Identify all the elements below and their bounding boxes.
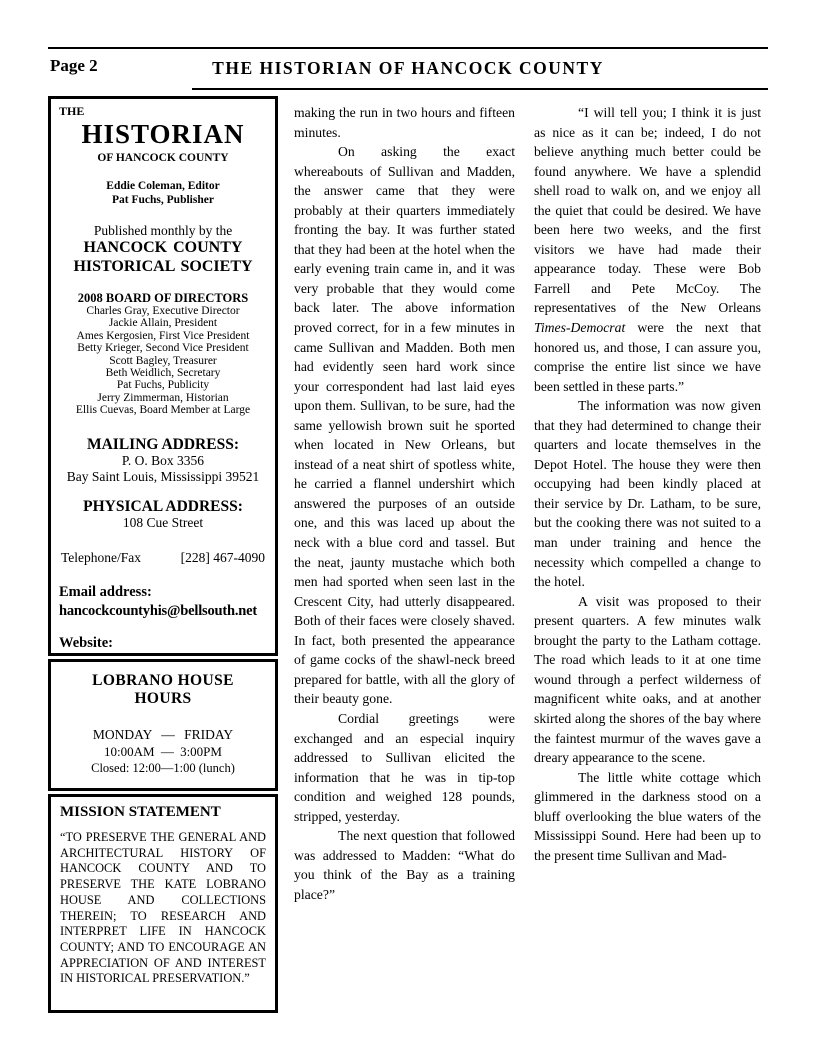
article-paragraph: Cordial greetings were exchanged and an … [294, 709, 515, 826]
article-column-middle: making the run in two hours and fifteen … [294, 103, 515, 904]
publisher-credit: Pat Fuchs, Publisher [59, 193, 267, 207]
masthead-info-box: THE HISTORIAN OF HANCOCK COUNTY Eddie Co… [48, 96, 278, 656]
masthead-historian: HISTORIAN [59, 119, 267, 149]
publication-name-italic: Times-Democrat [534, 320, 625, 335]
article-paragraph: “I will tell you; I think it is just as … [534, 103, 761, 396]
header-bottom-rule [192, 88, 768, 90]
hours-days: MONDAY — FRIDAY [59, 726, 267, 743]
header-top-rule [48, 47, 768, 49]
website-label: Website: [59, 634, 267, 652]
masthead-subtitle: OF HANCOCK COUNTY [59, 152, 267, 165]
hours-title-line1: LOBRANO HOUSE [59, 672, 267, 690]
lobrano-house-hours-box: LOBRANO HOUSE HOURS MONDAY — FRIDAY 10:0… [48, 659, 278, 791]
article-paragraph: The next question that followed was addr… [294, 826, 515, 904]
published-by-line: Published monthly by the [59, 223, 267, 239]
board-member: Jerry Zimmerman, Historian [59, 392, 267, 404]
mission-heading: MISSION STATEMENT [60, 804, 266, 821]
hours-times: 10:00AM — 3:00PM [59, 743, 267, 760]
hours-title-line2: HOURS [59, 690, 267, 708]
physical-address-heading: PHYSICAL ADDRESS: [59, 498, 267, 515]
board-member: Betty Krieger, Second Vice President [59, 342, 267, 354]
org-name-line1: HANCOCK COUNTY [59, 239, 267, 258]
article-paragraph: making the run in two hours and fifteen … [294, 103, 515, 142]
article-column-right: “I will tell you; I think it is just as … [534, 103, 761, 865]
telephone-fax-row: Telephone/Fax [228] 467-4090 [59, 550, 267, 566]
mission-text: “TO PRESERVE THE GENERAL AND ARCHITECTUR… [60, 830, 266, 987]
board-member: Ames Kergosien, First Vice President [59, 330, 267, 342]
physical-address-line1: 108 Cue Street [59, 515, 267, 531]
board-member: Jackie Allain, President [59, 317, 267, 329]
article-paragraph: A visit was proposed to their present qu… [534, 592, 761, 768]
board-member: Beth Weidlich, Secretary [59, 367, 267, 379]
email-label: Email address: [59, 583, 267, 602]
website-url: www.hancockcountyhistoricalsociety.com [59, 652, 267, 656]
masthead-the: THE [59, 104, 267, 118]
mailing-address-line2: Bay Saint Louis, Mississippi 39521 [59, 469, 267, 485]
newsletter-title: THE HISTORIAN OF HANCOCK COUNTY [48, 58, 768, 79]
telephone-fax-label: Telephone/Fax [61, 550, 141, 566]
mission-statement-box: MISSION STATEMENT “TO PRESERVE THE GENER… [48, 794, 278, 1013]
newsletter-page: Page 2 THE HISTORIAN OF HANCOCK COUNTY T… [0, 0, 816, 1056]
mailing-address-line1: P. O. Box 3356 [59, 453, 267, 469]
email-address: hancockcountyhis@bellsouth.net [59, 602, 267, 621]
article-paragraph: The information was now given that they … [534, 396, 761, 591]
board-heading: 2008 BOARD OF DIRECTORS [59, 291, 267, 305]
article-paragraph: On asking the exact whereabouts of Sulli… [294, 142, 515, 709]
quote-text: “I will tell you; I think it is just as … [534, 105, 761, 315]
board-member: Ellis Cuevas, Board Member at Large [59, 404, 267, 416]
editor-credit: Eddie Coleman, Editor [59, 179, 267, 193]
mailing-address-heading: MAILING ADDRESS: [59, 436, 267, 453]
board-member-list: Charles Gray, Executive Director Jackie … [59, 305, 267, 417]
org-name-line2: HISTORICAL SOCIETY [59, 258, 267, 277]
board-member: Scott Bagley, Treasurer [59, 355, 267, 367]
article-paragraph: The little white cottage which glimmered… [534, 768, 761, 866]
staff-credits: Eddie Coleman, Editor Pat Fuchs, Publish… [59, 179, 267, 207]
telephone-fax-number: [228] 467-4090 [181, 550, 265, 566]
board-member: Charles Gray, Executive Director [59, 305, 267, 317]
hours-closed-note: Closed: 12:00—1:00 (lunch) [59, 760, 267, 776]
board-member: Pat Fuchs, Publicity [59, 379, 267, 391]
